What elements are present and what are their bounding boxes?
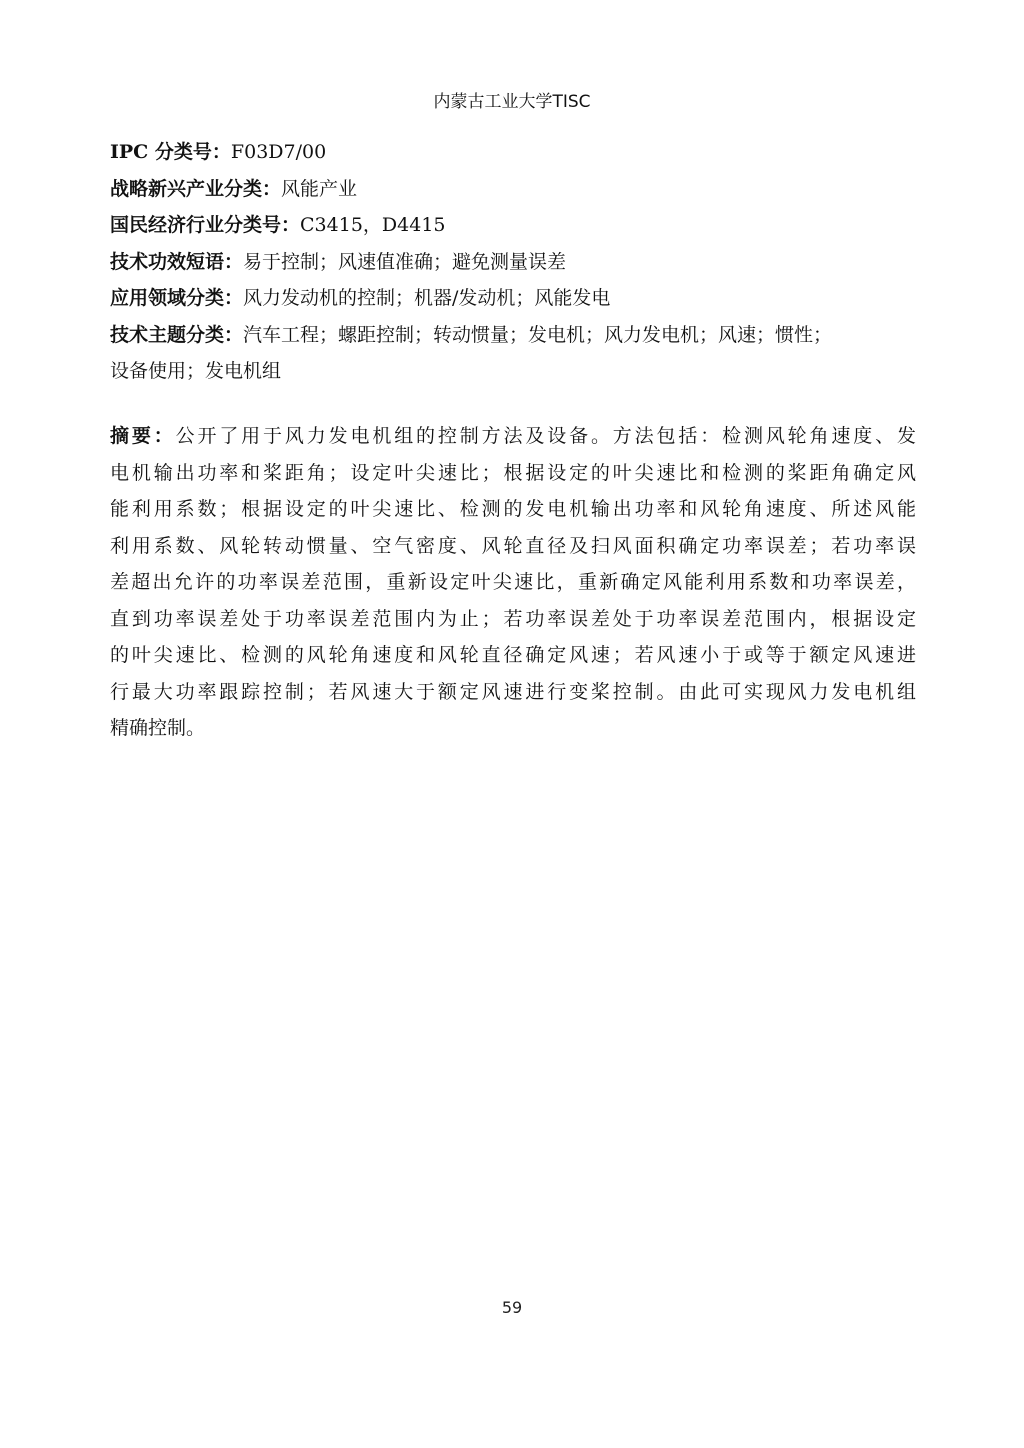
tech-topic-row-continued: 设备使用；发电机组 (110, 353, 916, 390)
strategic-industry-row: 战略新兴产业分类：风能产业 (110, 171, 916, 208)
application-field-label: 应用领域分类： (110, 287, 243, 309)
abstract-line: 电机输出功率和桨距角；设定叶尖速比；根据设定的叶尖速比和检测的桨距角确定风 (110, 455, 916, 492)
classification-block: IPC 分类号：F03D7/00 战略新兴产业分类：风能产业 国民经济行业分类号… (110, 134, 916, 390)
abstract-label: 摘要： (110, 425, 176, 447)
page-header: 内蒙古工业大学TISC (0, 90, 1024, 114)
tech-topic-value-continued: 设备使用；发电机组 (110, 360, 281, 382)
ipc-label: IPC 分类号： (110, 141, 231, 163)
abstract-line: 精确控制。 (110, 710, 916, 747)
abstract-line: 差超出允许的功率误差范围，重新设定叶尖速比，重新确定风能利用系数和功率误差， (110, 564, 916, 601)
abstract-line: 利用系数、风轮转动惯量、空气密度、风轮直径及扫风面积确定功率误差；若功率误 (110, 528, 916, 565)
national-economy-label: 国民经济行业分类号： (110, 214, 300, 236)
abstract-line: 的叶尖速比、检测的风轮角速度和风轮直径确定风速；若风速小于或等于额定风速进 (110, 637, 916, 674)
application-field-value: 风力发动机的控制；机器/发动机；风能发电 (243, 287, 610, 309)
abstract-line: 能利用系数；根据设定的叶尖速比、检测的发电机输出功率和风轮角速度、所述风能 (110, 491, 916, 528)
tech-effect-value: 易于控制；风速值准确；避免测量误差 (243, 251, 566, 273)
national-economy-row: 国民经济行业分类号：C3415，D4415 (110, 207, 916, 244)
tech-effect-row: 技术功效短语：易于控制；风速值准确；避免测量误差 (110, 244, 916, 281)
abstract-line: 直到功率误差处于功率误差范围内为止；若功率误差处于功率误差范围内，根据设定 (110, 601, 916, 638)
page-number: 59 (0, 1298, 1024, 1317)
tech-effect-label: 技术功效短语： (110, 251, 243, 273)
tech-topic-value: 汽车工程；螺距控制；转动惯量；发电机；风力发电机；风速；惯性； (243, 324, 832, 346)
tech-topic-row: 技术主题分类：汽车工程；螺距控制；转动惯量；发电机；风力发电机；风速；惯性； (110, 317, 916, 354)
strategic-industry-label: 战略新兴产业分类： (110, 178, 281, 200)
strategic-industry-value: 风能产业 (281, 178, 357, 200)
abstract-line: 行最大功率跟踪控制；若风速大于额定风速进行变桨控制。由此可实现风力发电机组 (110, 674, 916, 711)
application-field-row: 应用领域分类：风力发动机的控制；机器/发动机；风能发电 (110, 280, 916, 317)
ipc-row: IPC 分类号：F03D7/00 (110, 134, 916, 171)
abstract-line: 摘要：公开了用于风力发电机组的控制方法及设备。方法包括：检测风轮角速度、发 (110, 418, 916, 455)
national-economy-value: C3415，D4415 (300, 214, 445, 236)
tech-topic-label: 技术主题分类： (110, 324, 243, 346)
ipc-value: F03D7/00 (231, 141, 326, 163)
abstract-block: 摘要：公开了用于风力发电机组的控制方法及设备。方法包括：检测风轮角速度、发 电机… (110, 418, 916, 747)
